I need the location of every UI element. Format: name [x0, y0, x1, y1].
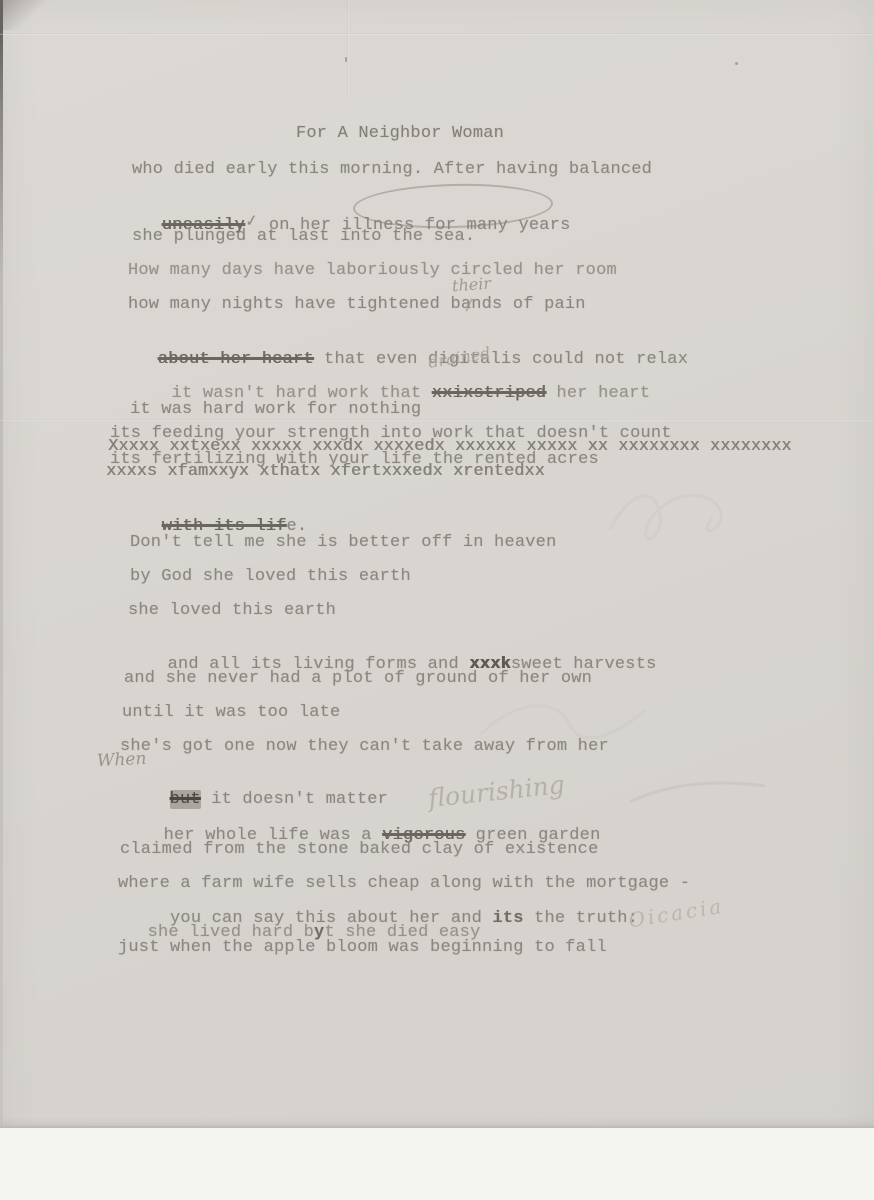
poem-line: it was hard work for nothing [130, 400, 421, 420]
poem-line: how many nights have tightened bands of … [128, 295, 586, 315]
paper-speck [345, 57, 347, 62]
corner-fold-crease [0, 0, 46, 30]
typed-over-deleted-line: xxxxs xfamxxyx xthatx xfertxxxedx xrente… [106, 462, 545, 482]
poem-line: Don't tell me she is better off in heave… [130, 533, 556, 553]
illegible-pencil-scribble: Oicacia [627, 894, 726, 933]
poem-line: How many days have laboriously circled h… [128, 261, 617, 281]
poem-line: claimed from the stone baked clay of exi… [120, 840, 598, 860]
line-text: her heart [546, 384, 650, 403]
ghost-pencil-marks [600, 470, 760, 560]
struck-overtyped-word: xxixstriped [432, 384, 546, 403]
poem-line: she plunged at last into the sea. [132, 227, 475, 247]
poem-line: by God she loved this earth [130, 567, 411, 587]
paper-left-edge-shadow [0, 0, 3, 1128]
handwritten-insertion-their: their [451, 274, 491, 296]
poem-line: she loved this earth [128, 601, 336, 621]
vertical-crease [347, 0, 349, 95]
poem-line: she's got one now they can't take away f… [120, 737, 609, 757]
horizontal-crease [0, 33, 874, 35]
paper-speck [735, 62, 738, 65]
poem-line: just when the apple bloom was beginning … [118, 938, 607, 958]
poem-line: until it was too late [122, 703, 340, 723]
poem-line: and she never had a plot of ground of he… [124, 669, 592, 689]
pencil-flourish-stroke [625, 772, 775, 812]
line-text: the truth: [524, 909, 638, 928]
overtyped-word: its [492, 909, 523, 928]
poem-line: who died early this morning. After havin… [132, 160, 652, 180]
scanned-poem-page: For A Neighbor Woman who died early this… [0, 0, 874, 1200]
scan-background-strip [0, 1126, 874, 1200]
poem-title: For A Neighbor Woman [296, 124, 504, 144]
handwritten-insertion-when: When [97, 749, 147, 772]
